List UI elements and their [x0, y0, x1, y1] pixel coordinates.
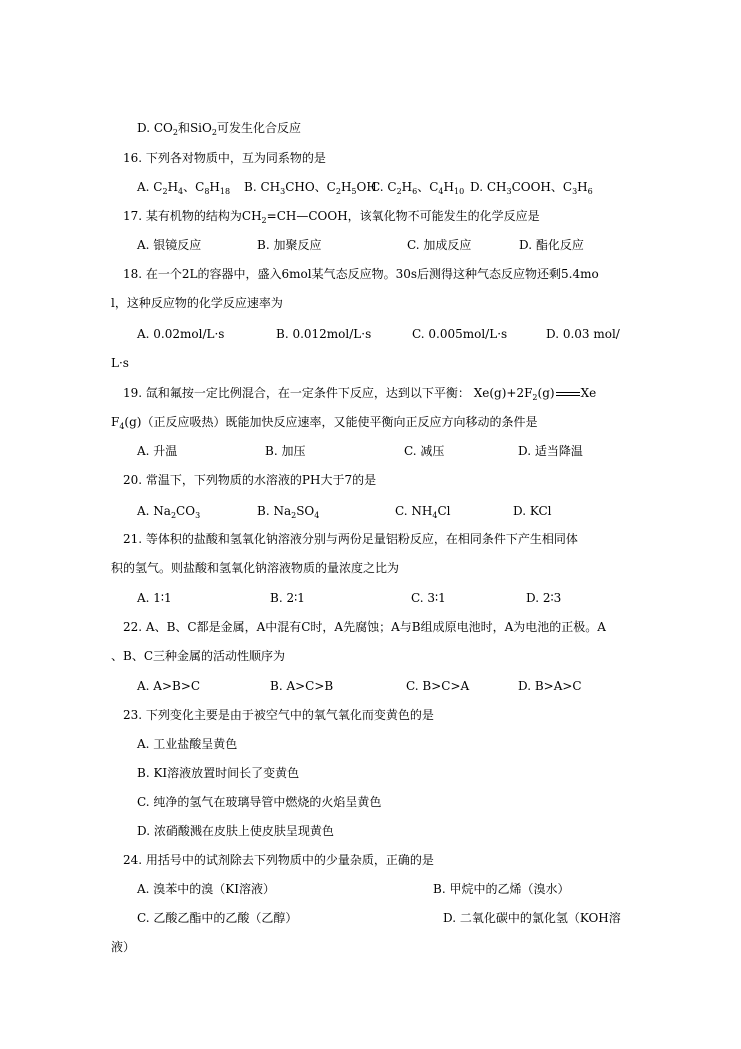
- text-run: D. CO: [137, 121, 173, 135]
- q19-text: 19. 氙和氟按一定比例混合，在一定条件下反应，达到以下平衡： Xe(g)+2F…: [123, 385, 596, 401]
- text-run: Cl: [437, 504, 450, 518]
- q24-ab-option-0: A. 溴苯中的溴（KI溶液）: [137, 881, 275, 897]
- q16-opts-option-2: C. C2H6、C4H10: [371, 179, 464, 195]
- q22-opts-option-0: A. A>B>C: [137, 678, 200, 694]
- text-run: A. Na: [137, 504, 171, 518]
- text-run: B. 2∶1: [270, 591, 305, 605]
- q21-opts-option-2: C. 3∶1: [411, 590, 446, 606]
- text-run: A. C: [137, 180, 162, 194]
- text-run: C. C: [371, 180, 397, 194]
- q18-text: 18. 在一个2L的容器中，盛入6mol某气态反应物。30s后测得这种气态反应物…: [123, 266, 599, 282]
- text-run: B. 甲烷中的乙烯（溴水）: [433, 882, 569, 896]
- q15-d-text: D. CO2和SiO2可发生化合反应: [137, 120, 301, 136]
- q16-text: 16. 下列各对物质中，互为同系物的是: [123, 150, 326, 166]
- q21-opts-option-3: D. 2∶3: [526, 590, 561, 606]
- text-run: H: [341, 180, 351, 194]
- text-run: CO: [176, 504, 195, 518]
- text-run: A. 1∶1: [137, 591, 172, 605]
- q18-cont2-text: L·s: [111, 355, 129, 371]
- q19-opts-option-2: C. 减压: [404, 443, 444, 459]
- text-run: H: [444, 180, 454, 194]
- q17-opts-option-2: C. 加成反应: [407, 237, 471, 253]
- text-run: A. 银镜反应: [137, 238, 201, 252]
- q17-opts-option-1: B. 加聚反应: [257, 237, 321, 253]
- q18-opts-option-1: B. 0.012mol/L·s: [276, 326, 371, 342]
- text-run: SO: [296, 504, 314, 518]
- q24-cont-text: 液）: [111, 939, 135, 955]
- text-run: B. 0.012mol/L·s: [276, 327, 371, 341]
- text-run: 18. 在一个2L的容器中，盛入6mol某气态反应物。30s后测得这种气态反应物…: [123, 267, 599, 281]
- q19-opts-option-0: A. 升温: [137, 443, 177, 459]
- text-run: D. KCl: [513, 504, 551, 518]
- text-run: 积的氢气。则盐酸和氢氧化钠溶液物质的量浓度之比为: [111, 561, 399, 575]
- text-run: A. 溴苯中的溴（KI溶液）: [137, 882, 275, 896]
- q22-opts-option-1: B. A>C>B: [270, 678, 333, 694]
- text-run: D. 适当降温: [518, 444, 583, 458]
- q19-opts-option-3: D. 适当降温: [518, 443, 583, 459]
- q21-opts-option-1: B. 2∶1: [270, 590, 305, 606]
- q21-text: 21. 等体积的盐酸和氢氧化钠溶液分别与两份足量铝粉反应，在相同条件下产生相同体: [123, 531, 578, 547]
- text-run: D. 2∶3: [526, 591, 561, 605]
- text-run: 23. 下列变化主要是由于被空气中的氧气氧化而变黄色的是: [123, 708, 434, 722]
- q16-opts-option-1: B. CH3CHO、C2H5OH: [244, 179, 377, 195]
- q19-opts-option-1: B. 加压: [265, 443, 305, 459]
- q23-a-text: A. 工业盐酸呈黄色: [137, 736, 237, 752]
- q20-opts-option-2: C. NH4Cl: [395, 503, 450, 519]
- q18-opts-option-0: A. 0.02mol/L·s: [137, 326, 224, 342]
- subscript: 18: [220, 187, 230, 196]
- q16-opts-option-3: D. CH3COOH、C3H6: [470, 179, 593, 195]
- text-run: H: [577, 180, 587, 194]
- text-run: 可发生化合反应: [217, 121, 301, 135]
- text-run: l，这种反应物的化学反应速率为: [111, 296, 283, 310]
- text-run: CHO、C: [285, 180, 336, 194]
- q21-opts-option-0: A. 1∶1: [137, 590, 172, 606]
- text-run: A. 工业盐酸呈黄色: [137, 737, 237, 751]
- q17-text: 17. 某有机物的结构为CH2=CH—COOH，该氧化物不可能发生的化学反应是: [123, 208, 540, 224]
- text-run: 、C: [183, 180, 204, 194]
- q24-ab-option-1: B. 甲烷中的乙烯（溴水）: [433, 881, 569, 897]
- text-run: D. 酯化反应: [519, 238, 584, 252]
- q19-cont-text: F4(g)（正反应吸热）既能加快反应速率，又能使平衡向正反应方向移动的条件是: [111, 414, 537, 430]
- text-run: H: [402, 180, 412, 194]
- q24-cd-option-1: D. 二氧化碳中的氯化氢（KOH溶: [443, 910, 621, 926]
- text-run: A. 0.02mol/L·s: [137, 327, 224, 341]
- text-run: A. A>B>C: [137, 679, 200, 693]
- text-run: C. 乙酸乙酯中的乙酸（乙醇）: [137, 911, 297, 925]
- text-run: C. 减压: [404, 444, 444, 458]
- text-run: 液）: [111, 940, 135, 954]
- text-run: B. A>C>B: [270, 679, 333, 693]
- text-run: C. NH: [395, 504, 432, 518]
- text-run: 和SiO: [178, 121, 212, 135]
- text-run: H: [168, 180, 178, 194]
- q17-opts-option-3: D. 酯化反应: [519, 237, 584, 253]
- text-run: B. KI溶液放置时间长了变黄色: [137, 766, 299, 780]
- text-run: D. 浓硝酸溅在皮肤上使皮肤呈现黄色: [137, 824, 334, 838]
- text-run: B. CH: [244, 180, 280, 194]
- q21-cont-text: 积的氢气。则盐酸和氢氧化钠溶液物质的量浓度之比为: [111, 560, 399, 576]
- text-run: H: [209, 180, 219, 194]
- q24-text: 24. 用括号中的试剂除去下列物质中的少量杂质，正确的是: [123, 852, 434, 868]
- q23-text: 23. 下列变化主要是由于被空气中的氧气氧化而变黄色的是: [123, 707, 434, 723]
- q22-opts-option-2: C. B>C>A: [406, 678, 469, 694]
- q18-opts-option-2: C. 0.005mol/L·s: [412, 326, 507, 342]
- text-run: B. 加聚反应: [257, 238, 321, 252]
- text-run: D. 0.03 mol/: [546, 327, 620, 341]
- equilibrium-arrow-icon: [556, 390, 580, 398]
- text-run: 24. 用括号中的试剂除去下列物质中的少量杂质，正确的是: [123, 853, 434, 867]
- text-run: 16. 下列各对物质中，互为同系物的是: [123, 151, 326, 165]
- q22-opts-option-3: D. B>A>C: [518, 678, 582, 694]
- text-run: C. 加成反应: [407, 238, 471, 252]
- subscript: 10: [454, 187, 464, 196]
- q17-opts-option-0: A. 银镜反应: [137, 237, 201, 253]
- q18-cont-text: l，这种反应物的化学反应速率为: [111, 295, 283, 311]
- text-run: Xe: [581, 386, 597, 400]
- text-run: =CH—COOH，该氧化物不可能发生的化学反应是: [267, 209, 540, 223]
- q24-cd-option-0: C. 乙酸乙酯中的乙酸（乙醇）: [137, 910, 297, 926]
- text-run: 22. A、B、C都是金属，A中混有C时，A先腐蚀；A与B组成原电池时，A为电池…: [123, 620, 606, 634]
- q20-opts-option-1: B. Na2SO4: [257, 503, 319, 519]
- text-run: B. Na: [257, 504, 291, 518]
- text-run: D. 二氧化碳中的氯化氢（KOH溶: [443, 911, 621, 925]
- q22-cont-text: 、B、C三种金属的活动性顺序为: [111, 648, 285, 664]
- text-run: 、C: [417, 180, 438, 194]
- subscript: 3: [195, 511, 200, 520]
- subscript: 6: [588, 187, 593, 196]
- text-run: L·s: [111, 356, 129, 370]
- text-run: 19. 氙和氟按一定比例混合，在一定条件下反应，达到以下平衡： Xe(g)+2F: [123, 386, 532, 400]
- q20-opts-option-0: A. Na2CO3: [137, 503, 200, 519]
- text-run: C. 0.005mol/L·s: [412, 327, 507, 341]
- text-run: 、B、C三种金属的活动性顺序为: [111, 649, 285, 663]
- text-run: C. B>C>A: [406, 679, 469, 693]
- q23-d-text: D. 浓硝酸溅在皮肤上使皮肤呈现黄色: [137, 823, 334, 839]
- text-run: 17. 某有机物的结构为CH: [123, 209, 262, 223]
- q18-opts-option-3: D. 0.03 mol/: [546, 326, 620, 342]
- text-run: C. 纯净的氢气在玻璃导管中燃烧的火焰呈黄色: [137, 795, 381, 809]
- text-run: B. 加压: [265, 444, 305, 458]
- text-run: D. B>A>C: [518, 679, 582, 693]
- text-run: (g): [538, 386, 555, 400]
- q20-opts-option-3: D. KCl: [513, 503, 551, 519]
- text-run: D. CH: [470, 180, 506, 194]
- q20-text: 20. 常温下，下列物质的水溶液的PH大于7的是: [123, 472, 376, 488]
- text-run: 21. 等体积的盐酸和氢氧化钠溶液分别与两份足量铝粉反应，在相同条件下产生相同体: [123, 532, 578, 546]
- q16-opts-option-0: A. C2H4、C8H18: [137, 179, 230, 195]
- q23-b-text: B. KI溶液放置时间长了变黄色: [137, 765, 299, 781]
- text-run: 20. 常温下，下列物质的水溶液的PH大于7的是: [123, 473, 376, 487]
- text-run: (g)（正反应吸热）既能加快反应速率，又能使平衡向正反应方向移动的条件是: [124, 415, 537, 429]
- q22-text: 22. A、B、C都是金属，A中混有C时，A先腐蚀；A与B组成原电池时，A为电池…: [123, 619, 606, 635]
- text-run: A. 升温: [137, 444, 177, 458]
- q23-c-text: C. 纯净的氢气在玻璃导管中燃烧的火焰呈黄色: [137, 794, 381, 810]
- text-run: C. 3∶1: [411, 591, 446, 605]
- text-run: COOH、C: [512, 180, 573, 194]
- subscript: 4: [314, 511, 319, 520]
